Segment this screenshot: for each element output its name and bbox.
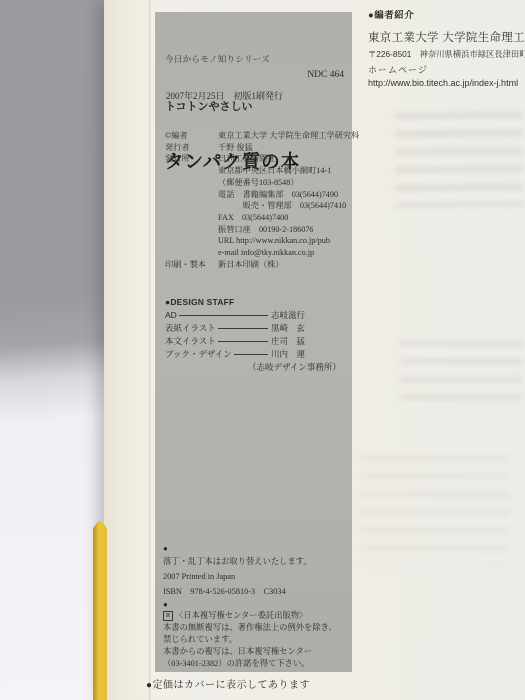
page-crease-line	[149, 0, 152, 700]
editor-url: http://www.bio.titech.ac.jp/index-j.html	[368, 77, 525, 89]
bullet-dot: ●	[163, 599, 348, 610]
design-office-note: （志岐デザイン事務所）	[165, 361, 343, 374]
leader-line	[179, 315, 268, 316]
design-staff-block: ●DESIGN STAFF AD 志岐滋行 表紙イラスト 黒崎 玄 本文イラスト…	[165, 296, 343, 374]
row-label: ©編者	[165, 130, 218, 142]
staff-role: 表紙イラスト	[165, 322, 216, 335]
book-cover-yellow-edge	[93, 521, 107, 700]
showthrough-text-ghost	[395, 111, 524, 207]
colophon-row-printer: 印刷・製本 新日本印刷（株）	[165, 259, 347, 271]
legal-notices: ● 落丁・乱丁本はお取り替えいたします。 2007 Printed in Jap…	[163, 543, 348, 670]
row-value: 東京工業大学 大学院生命理工学研究科	[218, 130, 359, 142]
replacement-notice: 落丁・乱丁本はお取り替えいたします。	[163, 554, 348, 569]
design-staff-heading: ●DESIGN STAFF	[165, 296, 343, 309]
fax-number: FAX 03(5644)7400	[218, 212, 347, 224]
price-note: ●定価はカバーに表示してあります	[146, 676, 310, 691]
showthrough-text-ghost	[360, 455, 510, 565]
row-value: 千野 俊猛	[218, 142, 347, 154]
row-label: 発行者	[165, 142, 218, 154]
colophon-row-editor: ©編者 東京工業大学 大学院生命理工学研究科	[165, 130, 347, 142]
design-staff-row: ブック・デザイン 川内 運	[165, 348, 343, 361]
registered-mark-icon: R	[163, 611, 173, 621]
editor-address: 〒226-8501 神奈川県横浜市緑区長津田町	[368, 49, 525, 60]
colophon-row-publisher-person: 発行者 千野 俊猛	[165, 142, 347, 154]
printer-name: 新日本印刷（株）	[218, 259, 347, 271]
staff-name: 川内 運	[271, 348, 343, 361]
copyright-notice: 本書からの複写は、日本複写権センター	[163, 646, 348, 658]
publication-info: ©編者 東京工業大学 大学院生命理工学研究科 発行者 千野 俊猛 発行所 日刊工…	[165, 130, 347, 270]
editor-intro-heading: ●編者紹介	[368, 10, 525, 22]
editor-name: 東京工業大学 大学院生命理工学研究科	[368, 31, 525, 45]
design-staff-row: AD 志岐滋行	[165, 309, 343, 322]
printed-in-japan: 2007 Printed in Japan	[163, 569, 348, 584]
publisher-address: 東京都中央区日本橋小網町14-1	[218, 165, 347, 177]
staff-name: 庄司 猛	[271, 335, 343, 348]
series-name: 今日からモノ知りシリーズ	[165, 54, 300, 65]
postal-transfer-account: 振替口座 00190-2-186076	[218, 224, 347, 236]
colophon-panel: 今日からモノ知りシリーズ トコトンやさしい タンパク質の本 NDC 464 20…	[155, 12, 352, 672]
ndc-classification: NDC 464	[307, 70, 344, 80]
isbn-number: ISBN 978-4-526-05810-3 C3034	[163, 584, 348, 599]
publisher-email: e-mail info@tky.nikkan.co.jp	[218, 247, 347, 259]
row-label: 発行所	[165, 153, 218, 258]
bullet-dot: ●	[163, 543, 348, 554]
book-subtitle: トコトンやさしい	[165, 101, 300, 114]
leader-line	[218, 341, 268, 342]
staff-role: 本文イラスト	[165, 335, 216, 348]
phone-editorial: 電話 書籍編集部 03(5644)7490	[218, 189, 347, 201]
copyright-notice: 禁じられています。	[163, 634, 348, 646]
staff-name: 黒崎 玄	[271, 322, 343, 335]
copyright-notice: （03-3401-2382）の許諾を得て下さい。	[163, 658, 348, 670]
colophon-row-publisher-company: 発行所 日刊工業新聞社 東京都中央区日本橋小網町14-1 （郵便番号103-85…	[165, 153, 347, 258]
jrrc-title: 〈日本複写権センター委託出版物〉	[175, 611, 307, 620]
row-label: 印刷・製本	[165, 259, 218, 271]
phone-sales: 販売・管理部 03(5644)7410	[218, 200, 347, 212]
leader-line	[218, 328, 268, 329]
staff-role: ブック・デザイン	[165, 348, 232, 361]
homepage-label: ホームページ	[368, 64, 525, 76]
publisher-postal: （郵便番号103-8548）	[218, 177, 347, 189]
jrrc-title-line: R〈日本複写権センター委託出版物〉	[163, 610, 348, 622]
editor-intro-column: ●編者紹介 東京工業大学 大学院生命理工学研究科 〒226-8501 神奈川県横…	[368, 10, 525, 89]
showthrough-text-ghost	[400, 340, 522, 410]
edition-date: 2007年2月25日 初版1刷発行	[166, 89, 283, 102]
staff-role: AD	[165, 309, 177, 322]
staff-name: 志岐滋行	[271, 309, 343, 322]
publisher-name: 日刊工業新聞社	[218, 153, 347, 165]
design-staff-row: 本文イラスト 庄司 猛	[165, 335, 343, 348]
design-staff-row: 表紙イラスト 黒崎 玄	[165, 322, 343, 335]
copyright-notice: 本書の無断複写は、著作権法上の例外を除き、	[163, 622, 348, 634]
leader-line	[234, 354, 268, 355]
publisher-url: URL http://www.nikkan.co.jp/pub	[218, 235, 347, 247]
